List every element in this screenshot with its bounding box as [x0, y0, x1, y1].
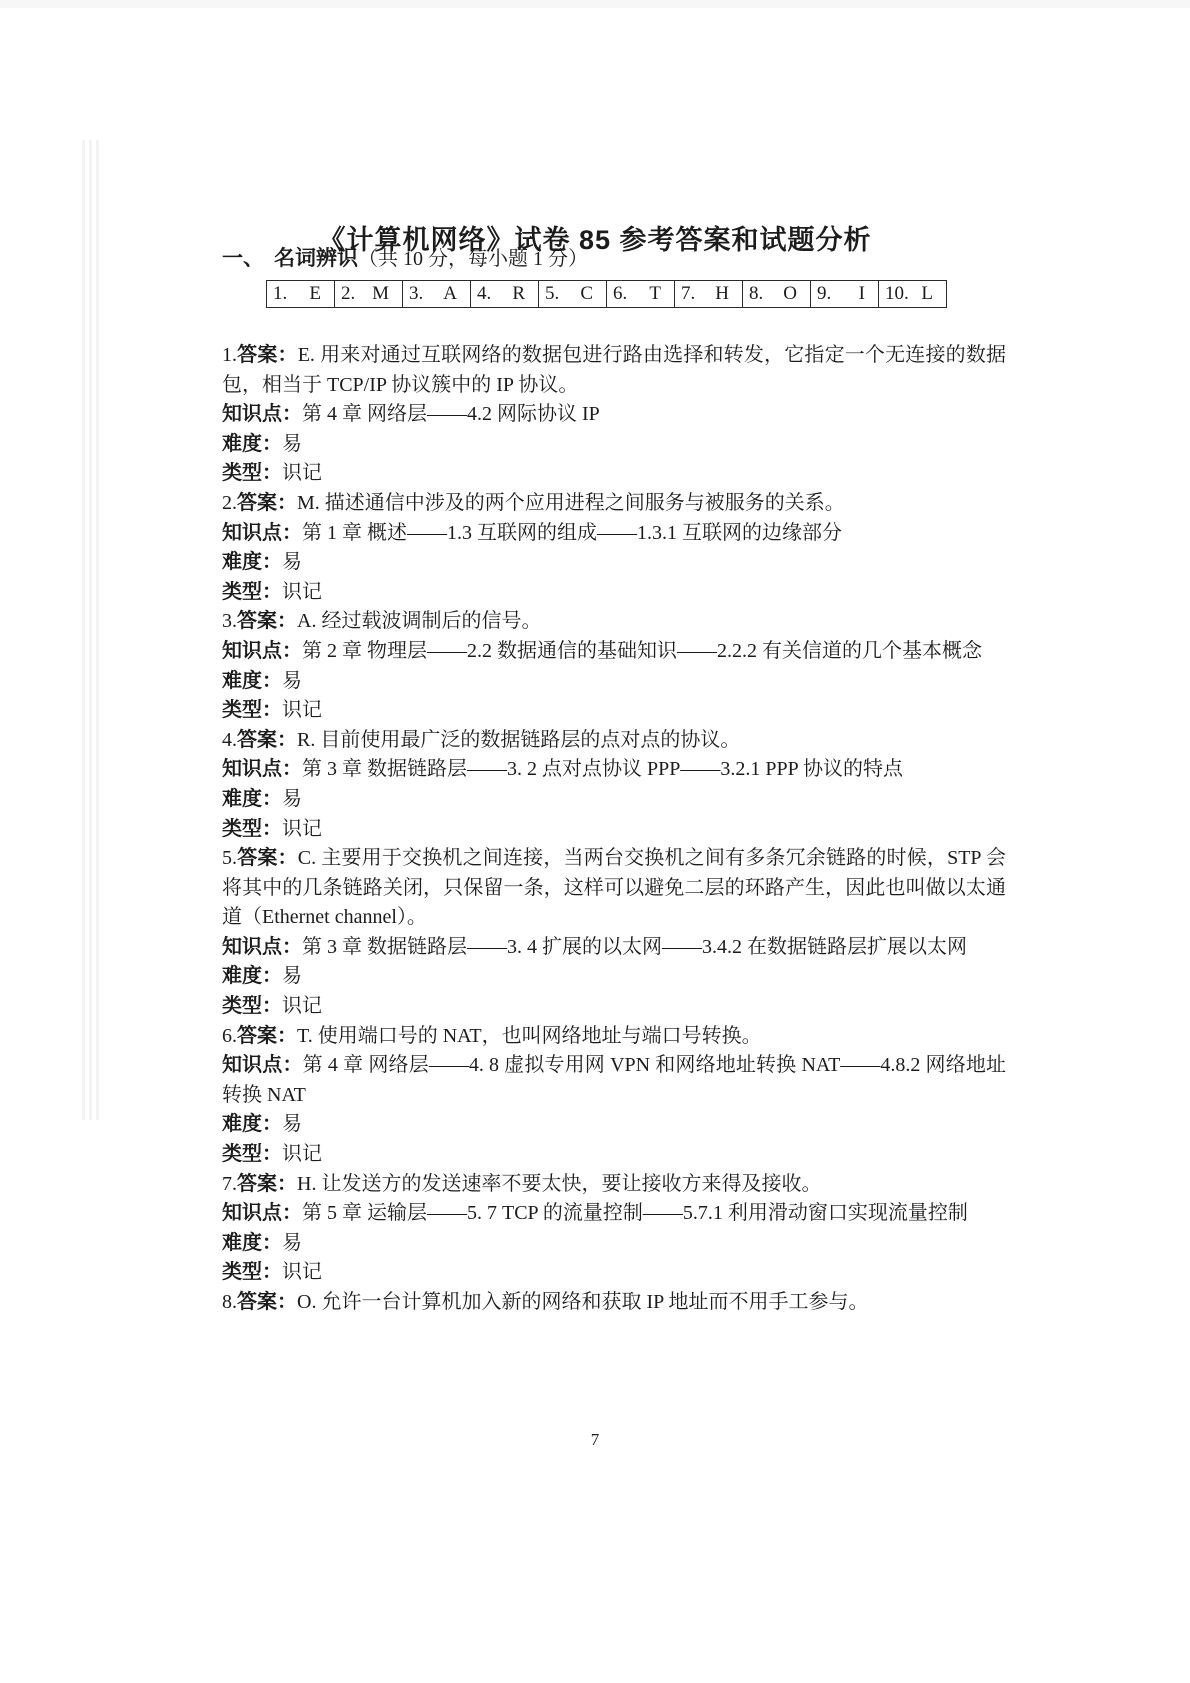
- difficulty-label: 难度：: [222, 1232, 282, 1254]
- type-line: 类型：识记: [222, 696, 1006, 726]
- cell-number: 7.: [681, 281, 695, 307]
- cell-number: 9.: [817, 281, 831, 307]
- type-text: 识记: [282, 818, 322, 840]
- knowledge-line: 知识点：第 5 章 运输层——5. 7 TCP 的流量控制——5.7.1 利用滑…: [222, 1199, 1006, 1229]
- knowledge-label: 知识点：: [222, 522, 302, 544]
- type-line: 类型：识记: [222, 459, 1006, 489]
- item-number: 5.: [222, 847, 237, 869]
- cell-number: 1.: [273, 281, 287, 307]
- answer-text: H. 让发送方的发送速率不要太快，要让接收方来得及接收。: [297, 1173, 821, 1195]
- document-body: 一、名词辨识（共 10 分，每小题 1 分） 1.E 2.M 3.A 4.R 5…: [222, 245, 1006, 1318]
- type-line: 类型：识记: [222, 1140, 1006, 1170]
- answer-line: 2.答案：M. 描述通信中涉及的两个应用进程之间服务与被服务的关系。: [222, 489, 1006, 519]
- type-label: 类型：: [222, 995, 282, 1017]
- item-number: 2.: [222, 492, 237, 514]
- cell-number: 3.: [409, 281, 423, 307]
- type-text: 识记: [282, 581, 322, 603]
- answer-cell-1: 1.E: [267, 281, 335, 308]
- answer-line: 8.答案：O. 允许一台计算机加入新的网络和获取 IP 地址而不用手工参与。: [222, 1288, 1006, 1318]
- answer-text: R. 目前使用最广泛的数据链路层的点对点的协议。: [297, 729, 740, 751]
- type-text: 识记: [282, 699, 322, 721]
- difficulty-text: 易: [282, 433, 302, 455]
- answer-table-row: 1.E 2.M 3.A 4.R 5.C 6.T 7.H 8.O 9.I 10.L: [267, 281, 947, 308]
- cell-letter: O: [783, 281, 797, 307]
- cell-letter: M: [372, 281, 389, 307]
- answer-cell-3: 3.A: [403, 281, 471, 308]
- type-label: 类型：: [222, 581, 282, 603]
- knowledge-text: 第 2 章 物理层——2.2 数据通信的基础知识——2.2.2 有关信道的几个基…: [302, 640, 982, 662]
- knowledge-label: 知识点：: [222, 403, 302, 425]
- knowledge-text: 第 1 章 概述——1.3 互联网的组成——1.3.1 互联网的边缘部分: [302, 522, 842, 544]
- difficulty-label: 难度：: [222, 433, 282, 455]
- answer-label: 答案：: [237, 1025, 297, 1047]
- section-heading: 一、名词辨识（共 10 分，每小题 1 分）: [222, 245, 1006, 273]
- difficulty-line: 难度：易: [222, 667, 1006, 697]
- cell-number: 4.: [477, 281, 491, 307]
- page-number: 7: [0, 1430, 1190, 1450]
- type-text: 识记: [282, 1261, 322, 1283]
- answer-item-8: 8.答案：O. 允许一台计算机加入新的网络和获取 IP 地址而不用手工参与。: [222, 1288, 1006, 1318]
- cell-letter: E: [309, 281, 321, 307]
- cell-letter: I: [859, 281, 865, 307]
- knowledge-line: 知识点：第 1 章 概述——1.3 互联网的组成——1.3.1 互联网的边缘部分: [222, 519, 1006, 549]
- knowledge-line: 知识点：第 2 章 物理层——2.2 数据通信的基础知识——2.2.2 有关信道…: [222, 637, 1006, 667]
- scan-artifact: [82, 140, 100, 1120]
- difficulty-line: 难度：易: [222, 1229, 1006, 1259]
- difficulty-label: 难度：: [222, 788, 282, 810]
- answer-line: 5.答案：C. 主要用于交换机之间连接，当两台交换机之间有多条冗余链路的时候，S…: [222, 844, 1006, 933]
- difficulty-label: 难度：: [222, 965, 282, 987]
- difficulty-text: 易: [282, 1232, 302, 1254]
- difficulty-line: 难度：易: [222, 962, 1006, 992]
- difficulty-text: 易: [282, 1113, 302, 1135]
- item-number: 1.: [222, 344, 237, 366]
- document-page: 《计算机网络》试卷 85 参考答案和试题分析 一、名词辨识（共 10 分，每小题…: [0, 0, 1190, 1683]
- cell-letter: L: [921, 281, 933, 307]
- cell-number: 5.: [545, 281, 559, 307]
- knowledge-label: 知识点：: [222, 1202, 302, 1224]
- knowledge-line: 知识点：第 4 章 网络层——4.2 网际协议 IP: [222, 400, 1006, 430]
- cell-letter: T: [649, 281, 661, 307]
- type-label: 类型：: [222, 462, 282, 484]
- knowledge-text: 第 3 章 数据链路层——3. 4 扩展的以太网——3.4.2 在数据链路层扩展…: [302, 936, 967, 958]
- knowledge-label: 知识点：: [222, 1054, 303, 1076]
- type-label: 类型：: [222, 1143, 282, 1165]
- answer-item-1: 1.答案：E. 用来对通过互联网络的数据包进行路由选择和转发，它指定一个无连接的…: [222, 341, 1006, 489]
- cell-number: 8.: [749, 281, 763, 307]
- type-line: 类型：识记: [222, 1258, 1006, 1288]
- type-label: 类型：: [222, 818, 282, 840]
- answer-text: E. 用来对通过互联网络的数据包进行路由选择和转发，它指定一个无连接的数据包，相…: [222, 344, 1006, 396]
- cell-letter: A: [443, 281, 457, 307]
- answer-label: 答案：: [237, 847, 298, 869]
- cell-letter: H: [715, 281, 729, 307]
- difficulty-label: 难度：: [222, 551, 282, 573]
- type-label: 类型：: [222, 1261, 282, 1283]
- knowledge-line: 知识点：第 4 章 网络层——4. 8 虚拟专用网 VPN 和网络地址转换 NA…: [222, 1051, 1006, 1110]
- difficulty-line: 难度：易: [222, 548, 1006, 578]
- answer-text: O. 允许一台计算机加入新的网络和获取 IP 地址而不用手工参与。: [297, 1291, 868, 1313]
- answer-item-3: 3.答案：A. 经过载波调制后的信号。 知识点：第 2 章 物理层——2.2 数…: [222, 607, 1006, 725]
- item-number: 7.: [222, 1173, 237, 1195]
- answer-line: 1.答案：E. 用来对通过互联网络的数据包进行路由选择和转发，它指定一个无连接的…: [222, 341, 1006, 400]
- answer-cell-8: 8.O: [743, 281, 811, 308]
- difficulty-text: 易: [282, 965, 302, 987]
- cell-number: 2.: [341, 281, 355, 307]
- answer-line: 6.答案：T. 使用端口号的 NAT，也叫网络地址与端口号转换。: [222, 1022, 1006, 1052]
- scan-artifact: [0, 0, 1190, 8]
- answer-label: 答案：: [237, 492, 297, 514]
- knowledge-line: 知识点：第 3 章 数据链路层——3. 4 扩展的以太网——3.4.2 在数据链…: [222, 933, 1006, 963]
- knowledge-label: 知识点：: [222, 640, 302, 662]
- item-number: 6.: [222, 1025, 237, 1047]
- answer-label: 答案：: [237, 729, 297, 751]
- answer-cell-6: 6.T: [607, 281, 675, 308]
- answer-analysis-list: 1.答案：E. 用来对通过互联网络的数据包进行路由选择和转发，它指定一个无连接的…: [222, 341, 1006, 1318]
- answer-line: 7.答案：H. 让发送方的发送速率不要太快，要让接收方来得及接收。: [222, 1170, 1006, 1200]
- knowledge-text: 第 4 章 网络层——4.2 网际协议 IP: [302, 403, 600, 425]
- answer-cell-10: 10.L: [879, 281, 947, 308]
- answer-item-6: 6.答案：T. 使用端口号的 NAT，也叫网络地址与端口号转换。 知识点：第 4…: [222, 1022, 1006, 1170]
- type-line: 类型：识记: [222, 815, 1006, 845]
- type-label: 类型：: [222, 699, 282, 721]
- difficulty-line: 难度：易: [222, 1110, 1006, 1140]
- knowledge-label: 知识点：: [222, 758, 302, 780]
- answer-label: 答案：: [237, 344, 298, 366]
- difficulty-line: 难度：易: [222, 430, 1006, 460]
- item-number: 4.: [222, 729, 237, 751]
- answer-cell-9: 9.I: [811, 281, 879, 308]
- answer-item-5: 5.答案：C. 主要用于交换机之间连接，当两台交换机之间有多条冗余链路的时候，S…: [222, 844, 1006, 1022]
- section-index: 一、: [222, 247, 264, 270]
- difficulty-label: 难度：: [222, 670, 282, 692]
- knowledge-text: 第 4 章 网络层——4. 8 虚拟专用网 VPN 和网络地址转换 NAT——4…: [222, 1054, 1006, 1106]
- knowledge-text: 第 5 章 运输层——5. 7 TCP 的流量控制——5.7.1 利用滑动窗口实…: [302, 1202, 968, 1224]
- answer-cell-2: 2.M: [335, 281, 403, 308]
- item-number: 3.: [222, 610, 237, 632]
- item-number: 8.: [222, 1291, 237, 1313]
- difficulty-text: 易: [282, 551, 302, 573]
- answer-cell-5: 5.C: [539, 281, 607, 308]
- type-text: 识记: [282, 462, 322, 484]
- answer-text: T. 使用端口号的 NAT，也叫网络地址与端口号转换。: [297, 1025, 762, 1047]
- knowledge-line: 知识点：第 3 章 数据链路层——3. 2 点对点协议 PPP——3.2.1 P…: [222, 755, 1006, 785]
- answer-table: 1.E 2.M 3.A 4.R 5.C 6.T 7.H 8.O 9.I 10.L: [266, 280, 947, 308]
- cell-letter: C: [580, 281, 593, 307]
- answer-cell-7: 7.H: [675, 281, 743, 308]
- answer-label: 答案：: [237, 1291, 297, 1313]
- section-title: 名词辨识: [274, 247, 358, 270]
- answer-item-7: 7.答案：H. 让发送方的发送速率不要太快，要让接收方来得及接收。 知识点：第 …: [222, 1170, 1006, 1288]
- type-line: 类型：识记: [222, 992, 1006, 1022]
- cell-number: 6.: [613, 281, 627, 307]
- answer-item-4: 4.答案：R. 目前使用最广泛的数据链路层的点对点的协议。 知识点：第 3 章 …: [222, 726, 1006, 844]
- answer-line: 3.答案：A. 经过载波调制后的信号。: [222, 607, 1006, 637]
- answer-label: 答案：: [237, 610, 297, 632]
- answer-line: 4.答案：R. 目前使用最广泛的数据链路层的点对点的协议。: [222, 726, 1006, 756]
- cell-number: 10.: [885, 281, 909, 307]
- knowledge-label: 知识点：: [222, 936, 302, 958]
- type-text: 识记: [282, 1143, 322, 1165]
- answer-text: A. 经过载波调制后的信号。: [297, 610, 541, 632]
- cell-letter: R: [512, 281, 525, 307]
- answer-label: 答案：: [237, 1173, 297, 1195]
- answer-text: M. 描述通信中涉及的两个应用进程之间服务与被服务的关系。: [297, 492, 845, 514]
- type-text: 识记: [282, 995, 322, 1017]
- difficulty-text: 易: [282, 788, 302, 810]
- difficulty-text: 易: [282, 670, 302, 692]
- knowledge-text: 第 3 章 数据链路层——3. 2 点对点协议 PPP——3.2.1 PPP 协…: [302, 758, 903, 780]
- answer-item-2: 2.答案：M. 描述通信中涉及的两个应用进程之间服务与被服务的关系。 知识点：第…: [222, 489, 1006, 607]
- section-note: （共 10 分，每小题 1 分）: [358, 248, 588, 270]
- answer-text: C. 主要用于交换机之间连接，当两台交换机之间有多条冗余链路的时候，STP 会将…: [222, 847, 1006, 928]
- difficulty-label: 难度：: [222, 1113, 282, 1135]
- type-line: 类型：识记: [222, 578, 1006, 608]
- difficulty-line: 难度：易: [222, 785, 1006, 815]
- answer-cell-4: 4.R: [471, 281, 539, 308]
